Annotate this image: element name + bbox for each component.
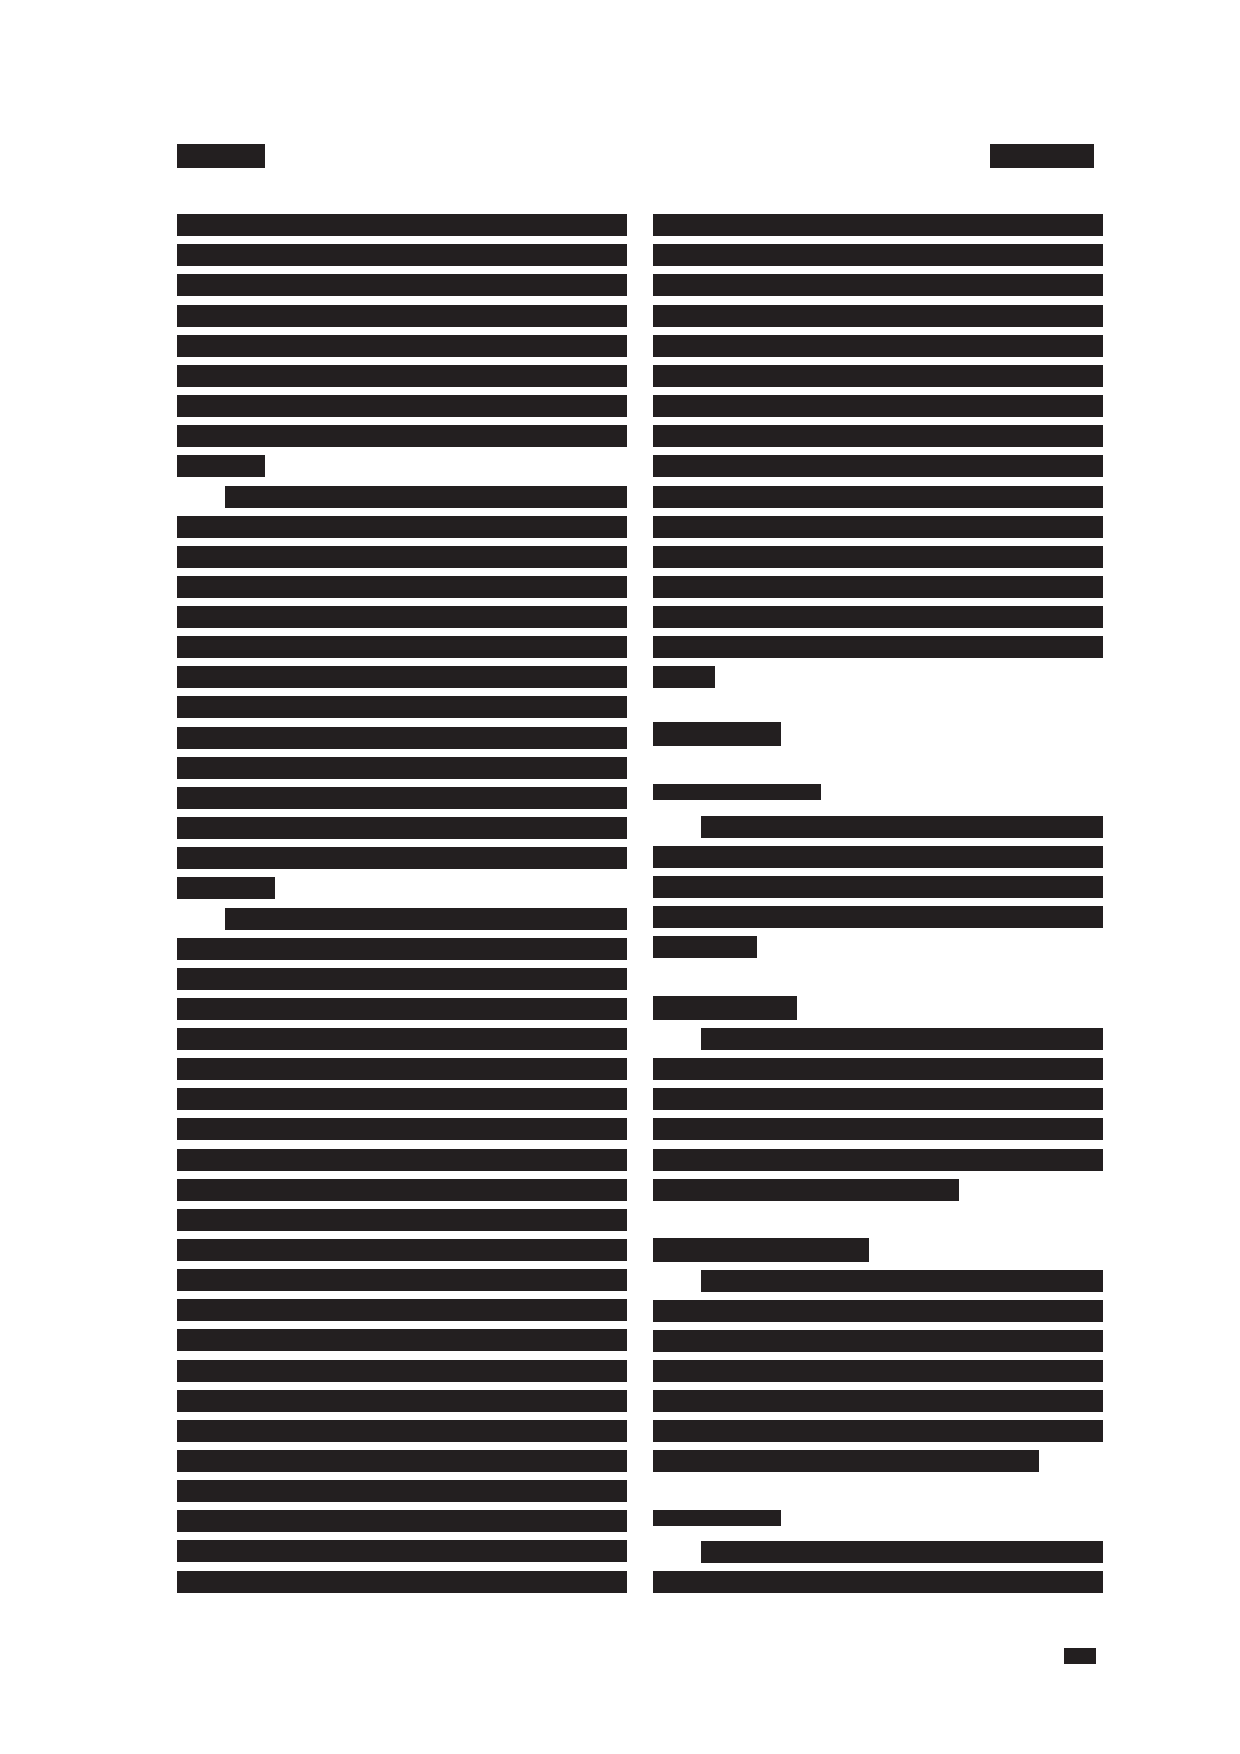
left-column: [REDACTED] [REDACTED] [177, 0, 627, 1754]
section-heading-1: [REDACTED] [653, 722, 781, 746]
page-number: [REDACTED] [1064, 1648, 1096, 1664]
right-column: [REDACTED] [REDACTED] [REDACTED] [RED [653, 0, 1103, 1754]
subsection-heading-1a: [REDACTED] [653, 784, 821, 800]
section-heading-3: [REDACTED] [653, 1238, 869, 1262]
subsection-heading-3a: [REDACTED] [653, 1510, 781, 1526]
document-page: [REDACTED] [REDACTED] [REDACTED] [REDACT… [0, 0, 1240, 1754]
section-heading-2: [REDACTED] [653, 996, 797, 1020]
